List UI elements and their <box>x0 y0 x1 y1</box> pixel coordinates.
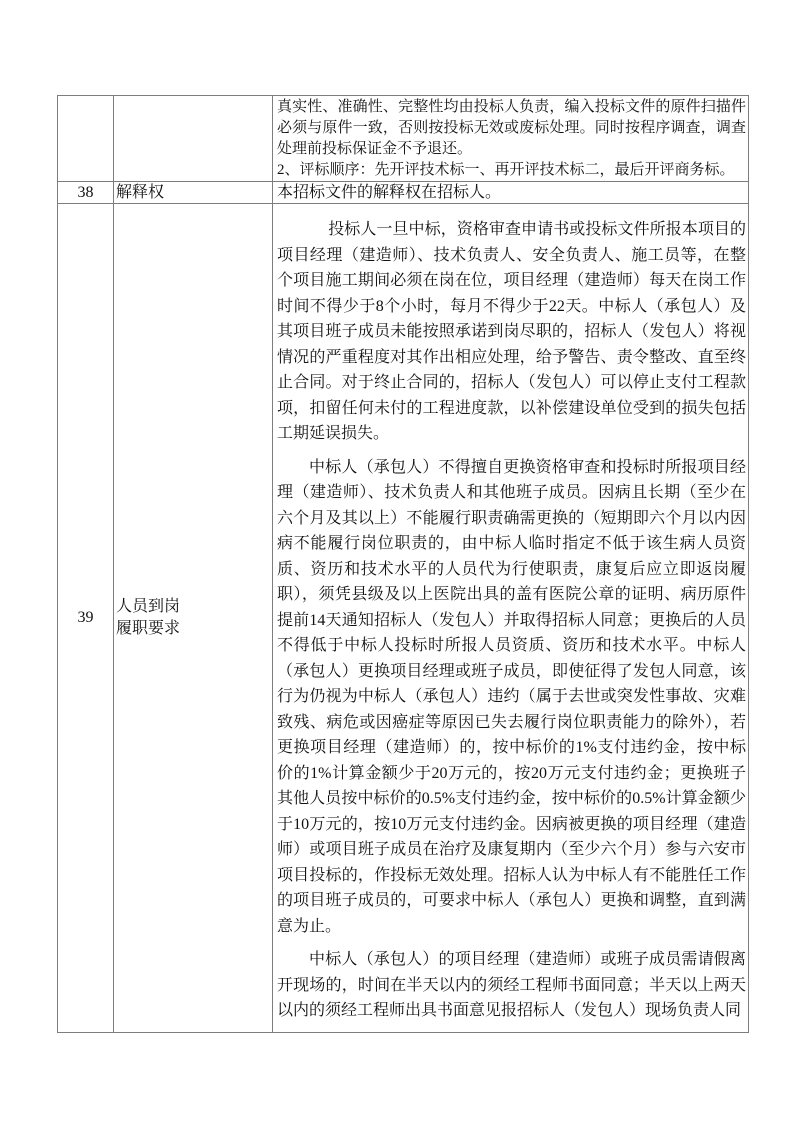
table-row-continuation: 真实性、准确性、完整性均由投标人负责，编入投标文件的原件扫描件必须与原件一致，否… <box>58 96 749 182</box>
row-number: 39 <box>58 204 114 1033</box>
clause-paragraph: 中标人（承包人）不得擅自更换资格审查和投标时所报项目经理（建造师）、技术负责人和… <box>277 455 746 940</box>
clause-evaluation-order-text: 2、评标顺序：先开评技术标一、再开评技术标二，最后开评商务标。 <box>277 160 746 181</box>
row-label: 解释权 <box>114 182 273 204</box>
row-number-cell-empty <box>58 96 114 182</box>
row-number: 38 <box>58 182 114 204</box>
clause-paragraph: 中标人（承包人）的项目经理（建造师）或班子成员需请假离开现场的，时间在半天以内的… <box>277 947 746 1024</box>
row-label-cell-empty <box>114 96 273 182</box>
clause-text: 本招标文件的解释权在招标人。 <box>273 182 749 204</box>
table-row-38: 38 解释权 本招标文件的解释权在招标人。 <box>58 182 749 204</box>
clause-content-cell: 投标人一旦中标，资格审查申请书或投标文件所报本项目的项目经理（建造师）、技术负责… <box>273 204 749 1033</box>
table-row-39: 39 人员到岗 履职要求 投标人一旦中标，资格审查申请书或投标文件所报本项目的项… <box>58 204 749 1033</box>
row-label: 人员到岗 履职要求 <box>114 204 273 1033</box>
tender-terms-table: 真实性、准确性、完整性均由投标人负责，编入投标文件的原件扫描件必须与原件一致，否… <box>57 95 749 1033</box>
clause-continuation-text: 真实性、准确性、完整性均由投标人负责，编入投标文件的原件扫描件必须与原件一致，否… <box>277 97 746 160</box>
clause-paragraph: 投标人一旦中标，资格审查申请书或投标文件所报本项目的项目经理（建造师）、技术负责… <box>277 217 746 447</box>
clause-content-cell: 真实性、准确性、完整性均由投标人负责，编入投标文件的原件扫描件必须与原件一致，否… <box>273 96 749 182</box>
document-page: 真实性、准确性、完整性均由投标人负责，编入投标文件的原件扫描件必须与原件一致，否… <box>0 0 794 1122</box>
